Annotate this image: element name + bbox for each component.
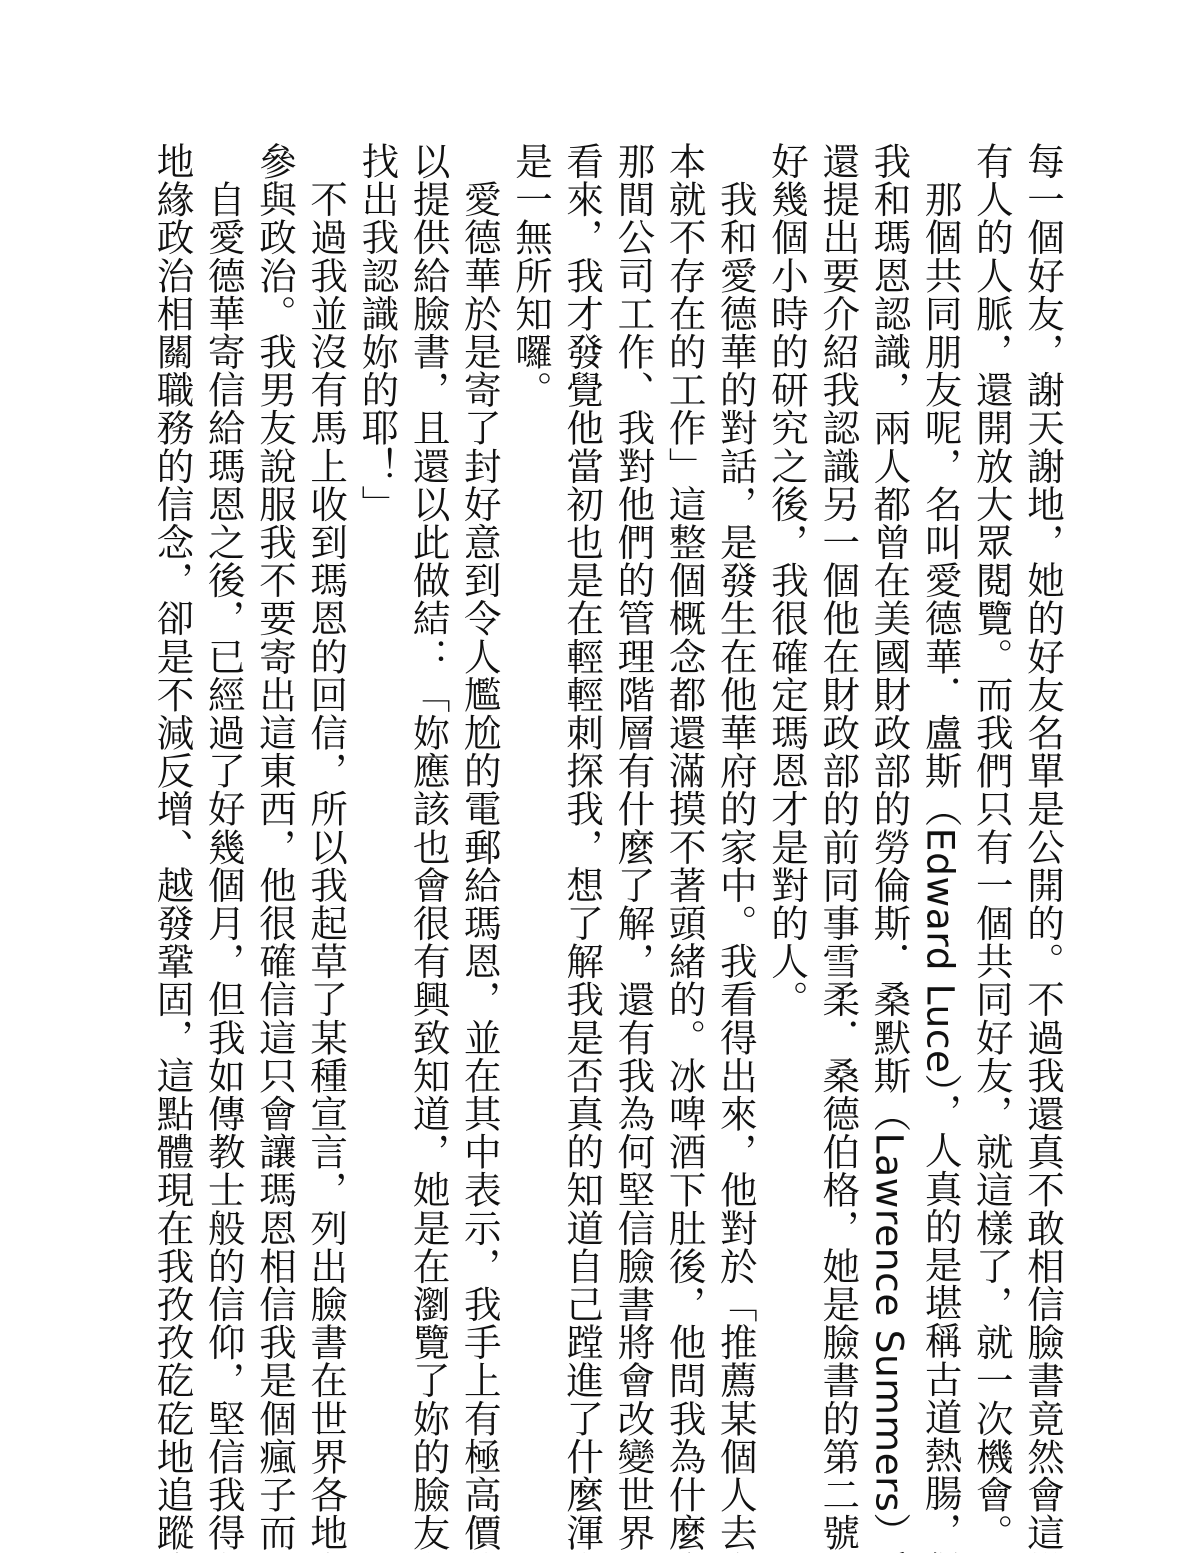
text-line-8: 本就不存在的工作」這整個概念都還滿摸不著頭緒的。冰啤酒下肚後，他問我為什麼這麼執… (658, 142, 709, 1452)
text-line-4: 我和瑪恩認識，兩人都曾在美國財政部的勞倫斯．桑默斯（Lawrence Summe… (863, 142, 914, 1452)
text-line-18: 地緣政治相關職務的信念，卻是不減反增、越發鞏固，這點體現在我孜孜矻矻地追蹤這件事… (146, 142, 197, 1452)
text-line-17: 自愛德華寄信給瑪恩之後，已經過了好幾個月，但我如傳教士般的信仰，堅信我得在臉書從… (198, 142, 249, 1452)
text-line-1: 每一個好友，謝天謝地，她的好友名單是公開的。不過我還真不敢相信臉書竟然會這樣詳細… (1017, 142, 1068, 1452)
text-line-15: 不過我並沒有馬上收到瑪恩的回信，所以我起草了某種宣言，列出臉書在世界各地應該要怎… (300, 142, 351, 1452)
text-line-5: 還提出要介紹我認識另一個他在財政部的前同事雪柔．桑德伯格，她是臉書的第二號人物，… (812, 142, 863, 1452)
text-line-9: 那間公司工作、我對他們的管理階層有什麼了解，還有我為何堅信臉書將會改變世界。從後… (607, 142, 658, 1452)
text-line-16: 參與政治。我男友說服我不要寄出這東西，他很確信這只會讓瑪恩相信我是個瘋子而已。 (249, 142, 300, 1452)
text-line-2: 有人的人脈，還開放大眾閱覽。而我們只有一個共同好友，就這樣了，就一次機會。 (966, 142, 1017, 1452)
text-line-10: 看來，我才發覺他當初也是在輕輕刺探我，想了解我是否真的知道自己蹚進了什麼渾水，而… (556, 142, 607, 1452)
text-line-7: 我和愛德華的對話，是發生在他華府的家中。我看得出來，他對於「推薦某個人去應徵一個… (710, 142, 761, 1452)
text-line-3: 那個共同朋友呢，名叫愛德華．盧斯（Edward Luce），人真的是堪稱古道熱腸… (914, 142, 965, 1452)
text-line-6: 好幾個小時的研究之後，我很確定瑪恩才是對的人。 (761, 142, 812, 1452)
text-line-11: 是一無所知囉。 (505, 142, 556, 1452)
text-line-13: 以提供給臉書，且還以此做結：「妳應該也會很有興致知道，她是在瀏覽了妳的臉友名單之… (402, 142, 453, 1452)
book-page: 每一個好友，謝天謝地，她的好友名單是公開的。不過我還真不敢相信臉書竟然會這樣詳細… (0, 0, 1200, 1553)
vertical-text-body: 每一個好友，謝天謝地，她的好友名單是公開的。不過我還真不敢相信臉書竟然會這樣詳細… (146, 142, 1068, 1452)
text-line-12: 愛德華於是寄了封好意到令人尷尬的電郵給瑪恩，並在其中表示，我手上有極高價值的東西… (454, 142, 505, 1452)
text-line-14: 找出我認識妳的耶！」 (351, 142, 402, 1452)
